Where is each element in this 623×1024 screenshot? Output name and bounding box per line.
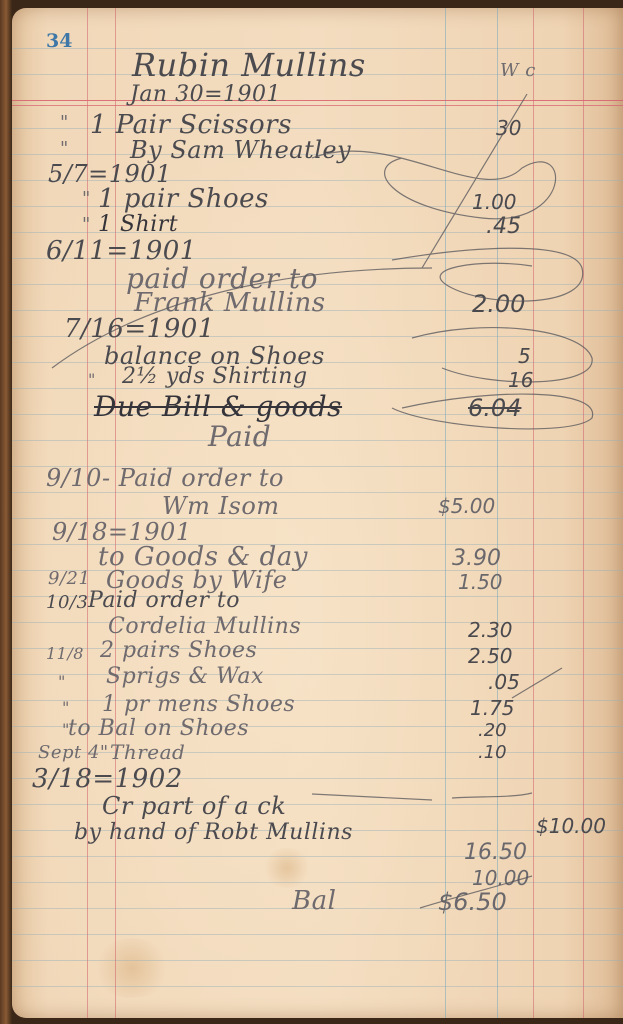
entry-paid-mark: Paid xyxy=(208,420,271,453)
entry-amount: 5 xyxy=(518,344,531,368)
entry-date: " xyxy=(82,188,91,209)
entry-description: 1 pair Shoes xyxy=(98,184,269,214)
entry-date: 7/16=1901 xyxy=(64,314,215,344)
page-number: 34 xyxy=(46,30,72,52)
balance-amount: $6.50 xyxy=(438,888,507,916)
entry-amount: .45 xyxy=(486,214,521,239)
entry-date: 9/10 xyxy=(46,464,102,492)
opening-date: Jan 30=1901 xyxy=(130,82,281,107)
entry-amount: $5.00 xyxy=(438,494,495,518)
entry-date: Sept 4" xyxy=(38,742,109,763)
entry-date: " xyxy=(60,138,69,159)
entry-amount: .05 xyxy=(488,670,520,694)
subtotal-amount: 16.50 xyxy=(464,840,527,865)
entry-description: 2 pairs Shoes xyxy=(100,638,257,663)
balance-label: Bal xyxy=(292,886,336,916)
entry-amount: .10 xyxy=(478,742,507,763)
header-note: W c xyxy=(500,60,536,81)
entry-amount: 1.75 xyxy=(470,696,515,720)
entry-amount: 1.50 xyxy=(458,570,503,594)
entry-date: " xyxy=(82,214,91,235)
entry-amount: 3.90 xyxy=(452,546,501,571)
entry-description: by hand of Robt Mullins xyxy=(74,820,353,845)
entry-amount: 1.00 xyxy=(472,190,517,214)
entry-description: Due Bill & goods xyxy=(94,390,342,423)
entry-description: to Bal on Shoes xyxy=(68,716,249,741)
credit-amount: 10.00 xyxy=(472,866,529,890)
entry-description: Wm Isom xyxy=(162,492,280,520)
entry-date: " xyxy=(60,112,69,133)
entry-date: 11/8 xyxy=(46,644,84,663)
header-double-rule xyxy=(12,100,623,106)
entry-description: Thread xyxy=(110,740,185,764)
paper-stain xyxy=(92,938,172,998)
ledger-page: 34 Rubin Mullins W c Jan 30=1901 " 1 Pai… xyxy=(12,8,623,1018)
entry-description: Cordelia Mullins xyxy=(108,614,301,639)
entry-date: " xyxy=(58,672,66,691)
entry-amount: 2.50 xyxy=(468,644,513,668)
entry-amount: .20 xyxy=(478,720,507,741)
entry-description: 2½ yds Shirting xyxy=(122,364,308,389)
entry-date: " xyxy=(88,370,96,389)
entry-description: Cr part of a ck xyxy=(102,792,286,820)
entry-amount: 2.00 xyxy=(472,290,525,318)
entry-amount: 16 xyxy=(508,368,533,392)
entry-description: - Paid order to xyxy=(102,464,284,492)
entry-amount: 2.30 xyxy=(468,618,513,642)
entry-date: 9/21 xyxy=(48,568,90,589)
entry-date: " xyxy=(62,698,70,717)
entry-description: Sprigs & Wax xyxy=(106,664,264,689)
entry-date: 3/18=1902 xyxy=(32,764,183,794)
entry-description: 1 pr mens Shoes xyxy=(102,692,295,717)
entry-description: Paid order to xyxy=(88,588,240,613)
entry-date: 10/3 xyxy=(46,592,88,613)
entry-amount: 30 xyxy=(496,116,521,140)
entry-amount: $10.00 xyxy=(536,814,606,838)
account-name: Rubin Mullins xyxy=(132,46,366,84)
entry-amount: 6.04 xyxy=(468,394,521,422)
entry-description: 1 Shirt xyxy=(98,212,178,237)
